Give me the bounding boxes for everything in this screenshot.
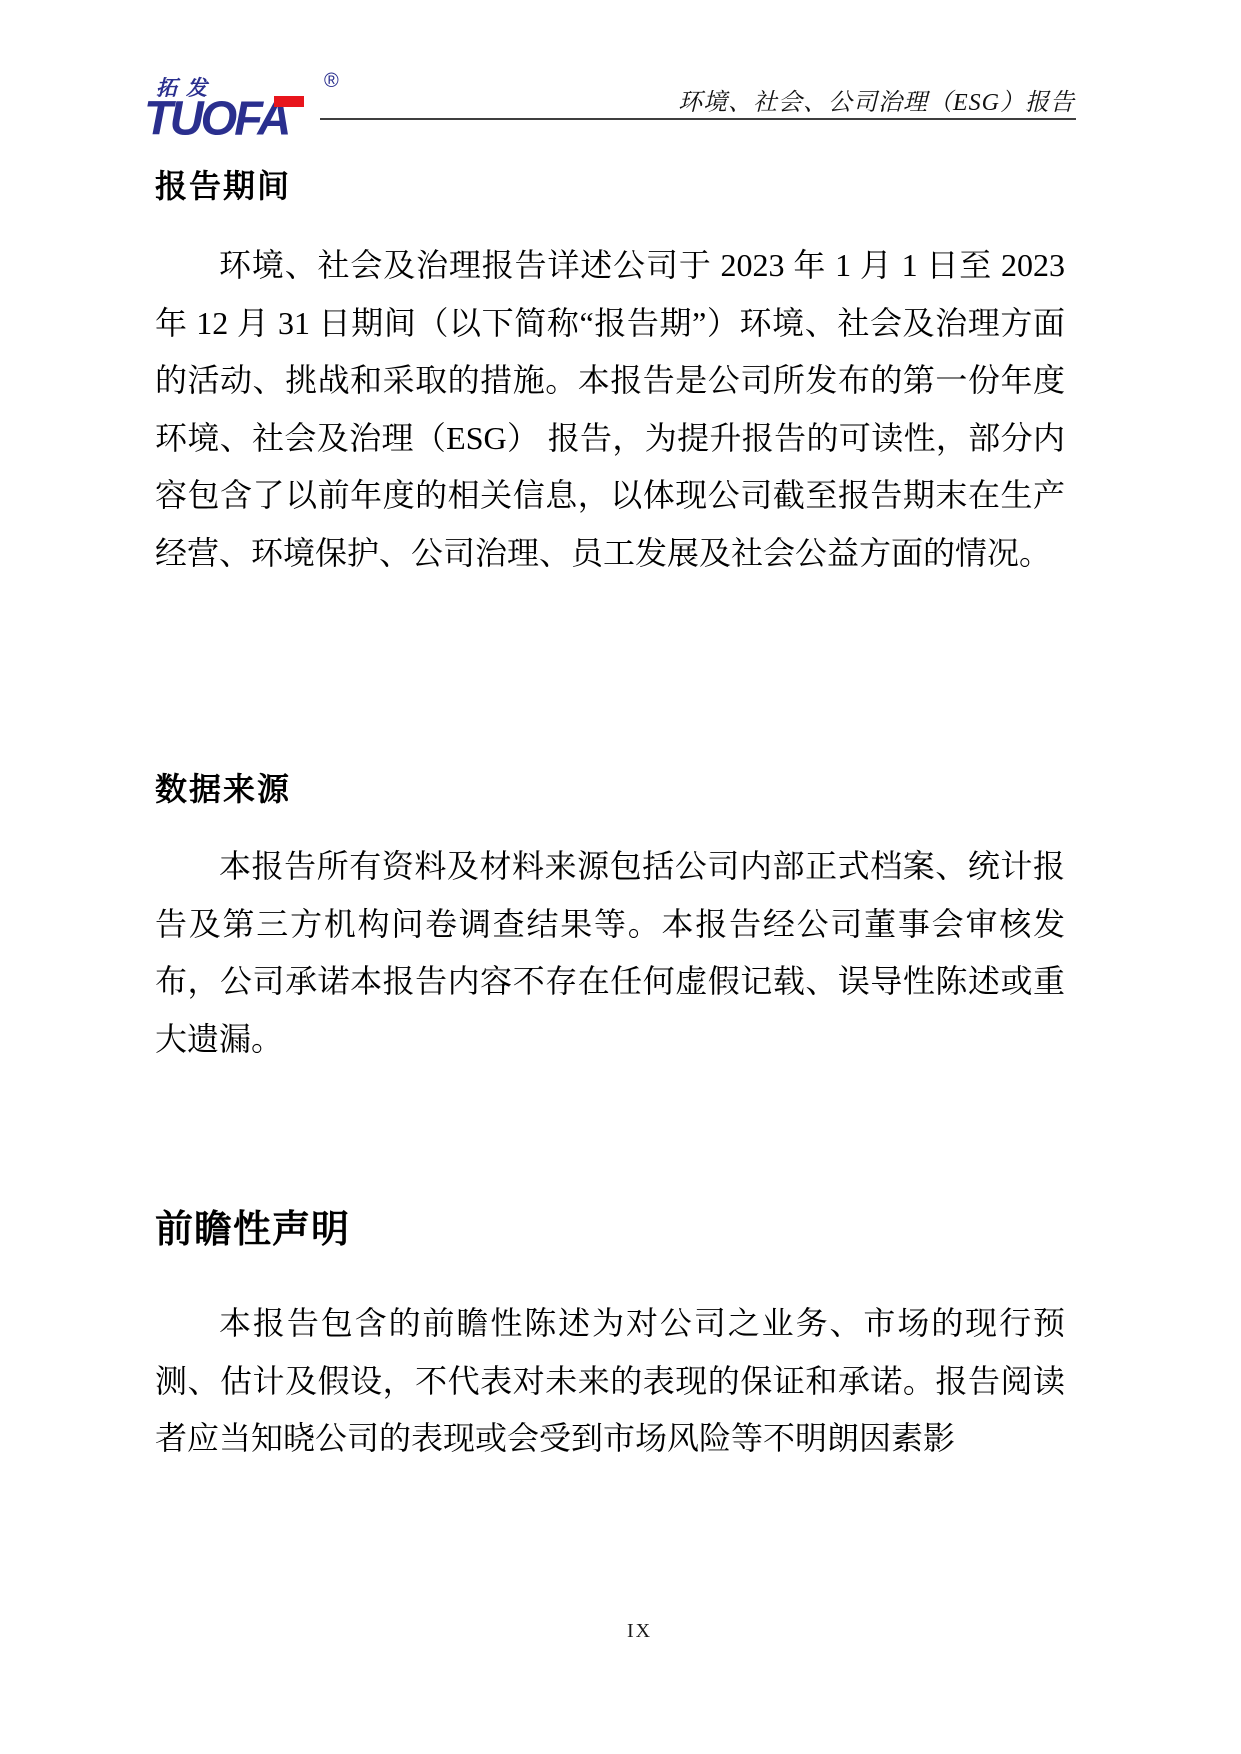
- forward-looking-paragraph: 本报告包含的前瞻性陈述为对公司之业务、市场的现行预测、估计及假设，不代表对未来的…: [155, 1295, 1065, 1468]
- page-number: IX: [0, 1620, 1241, 1643]
- report-period-paragraph: 环境、社会及治理报告详述公司于 2023 年 1 月 1 日至 2023 年 1…: [155, 237, 1065, 582]
- data-source-heading: 数据来源: [155, 769, 1065, 809]
- section-data-source: 数据来源 本报告所有资料及材料来源包括公司内部正式档案、统计报告及第三方机构问卷…: [155, 769, 1065, 1068]
- report-period-heading: 报告期间: [155, 166, 1065, 206]
- section-report-period: 报告期间 环境、社会及治理报告详述公司于 2023 年 1 月 1 日至 202…: [155, 166, 1065, 582]
- forward-looking-heading: 前瞻性声明: [155, 1206, 1065, 1254]
- data-source-paragraph: 本报告所有资料及材料来源包括公司内部正式档案、统计报告及第三方机构问卷调查结果等…: [155, 838, 1065, 1068]
- page-body: 报告期间 环境、社会及治理报告详述公司于 2023 年 1 月 1 日至 202…: [155, 0, 1065, 1468]
- section-forward-looking-statement: 前瞻性声明 本报告包含的前瞻性陈述为对公司之业务、市场的现行预测、估计及假设，不…: [155, 1206, 1065, 1468]
- document-page: 拓发 TUOFA ® 环境、社会、公司治理（ESG）报告 报告期间 环境、社会及…: [0, 0, 1241, 1754]
